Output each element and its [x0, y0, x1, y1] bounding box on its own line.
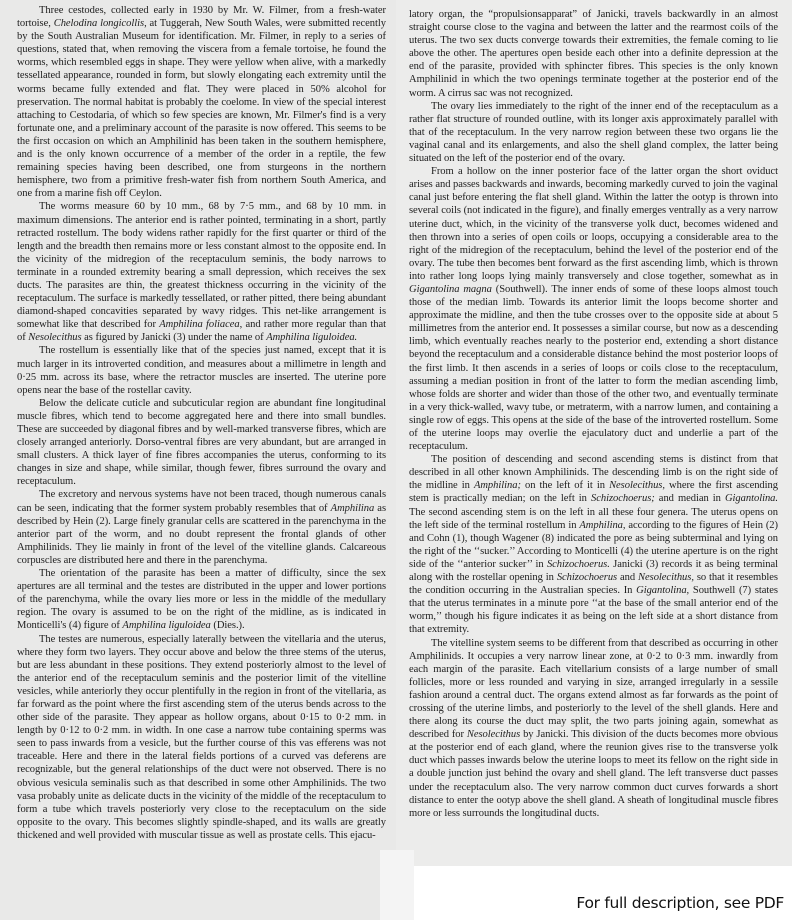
italic-term: Amphilina liguloidea.: [266, 332, 357, 343]
italic-term: Schizochoerus;: [591, 493, 655, 504]
italic-term: Gigantolina.: [725, 493, 778, 504]
paragraph: The position of descending and second as…: [409, 453, 778, 636]
text-run: latory organ, the “propulsionsapparat” o…: [409, 9, 778, 99]
italic-term: Amphilina: [331, 503, 375, 514]
paragraph: The vitelline system seems to be differe…: [409, 637, 778, 820]
paragraph: Below the delicate cuticle and subcuticu…: [17, 397, 386, 489]
italic-term: Chelodina longicollis: [54, 18, 144, 29]
footer-note-box: For full description, see PDF: [414, 866, 792, 920]
scan-margin: [380, 850, 414, 920]
text-run: (Southwell). The inner ends of some of t…: [409, 284, 778, 452]
italic-term: Nesolecithus: [28, 332, 81, 343]
text-run: and median in: [655, 493, 725, 504]
text-run: as figured by Janicki (3) under the name…: [82, 332, 267, 343]
italic-term: Nesolecithus,: [609, 480, 665, 491]
italic-term: Nesolecithus: [467, 729, 520, 740]
italic-term: Schizochoerus.: [547, 559, 610, 570]
italic-term: Nesolecithus,: [638, 572, 694, 583]
text-run: Below the delicate cuticle and subcuticu…: [17, 398, 386, 488]
text-run: The ovary lies immediately to the right …: [409, 101, 778, 164]
italic-term: Gigantolina magna: [409, 284, 492, 295]
italic-term: Gigantolina,: [636, 585, 689, 596]
text-run: on the left of it in: [521, 480, 609, 491]
paragraph: latory organ, the “propulsionsapparat” o…: [409, 8, 778, 100]
text-run: The testes are numerous, especially late…: [17, 634, 386, 841]
paragraph: The orientation of the parasite has been…: [17, 567, 386, 632]
text-run: by Janicki. This division of the ducts b…: [409, 729, 778, 819]
italic-term: Amphilina,: [579, 520, 625, 531]
paragraph: Three cestodes, collected early in 1930 …: [17, 4, 386, 200]
paragraph: The excretory and nervous systems have n…: [17, 488, 386, 567]
italic-term: Amphilina foliacea: [159, 319, 239, 330]
text-run: and: [617, 572, 638, 583]
text-run: From a hollow on the inner posterior fac…: [409, 166, 778, 282]
text-run: The rostellum is essentially like that o…: [17, 345, 386, 395]
italic-term: Amphilina;: [474, 480, 521, 491]
text-column-left: Three cestodes, collected early in 1930 …: [17, 4, 386, 842]
paragraph: The rostellum is essentially like that o…: [17, 344, 386, 396]
text-run: , at Tuggerah, New South Wales, were sub…: [17, 18, 386, 199]
text-run: (Dies.).: [211, 620, 245, 631]
footer-note[interactable]: For full description, see PDF: [576, 894, 784, 912]
text-column-right: latory organ, the “propulsionsapparat” o…: [409, 8, 778, 820]
text-run: The worms measure 60 by 10 mm., 68 by 7·…: [17, 201, 386, 330]
paragraph: The worms measure 60 by 10 mm., 68 by 7·…: [17, 200, 386, 344]
italic-term: Schizochoerus: [557, 572, 617, 583]
italic-term: Amphilina liguloidea: [122, 620, 210, 631]
paragraph: The ovary lies immediately to the right …: [409, 100, 778, 165]
text-run: The vitelline system seems to be differe…: [409, 638, 778, 741]
paragraph: The testes are numerous, especially late…: [17, 633, 386, 843]
paragraph: From a hollow on the inner posterior fac…: [409, 165, 778, 453]
